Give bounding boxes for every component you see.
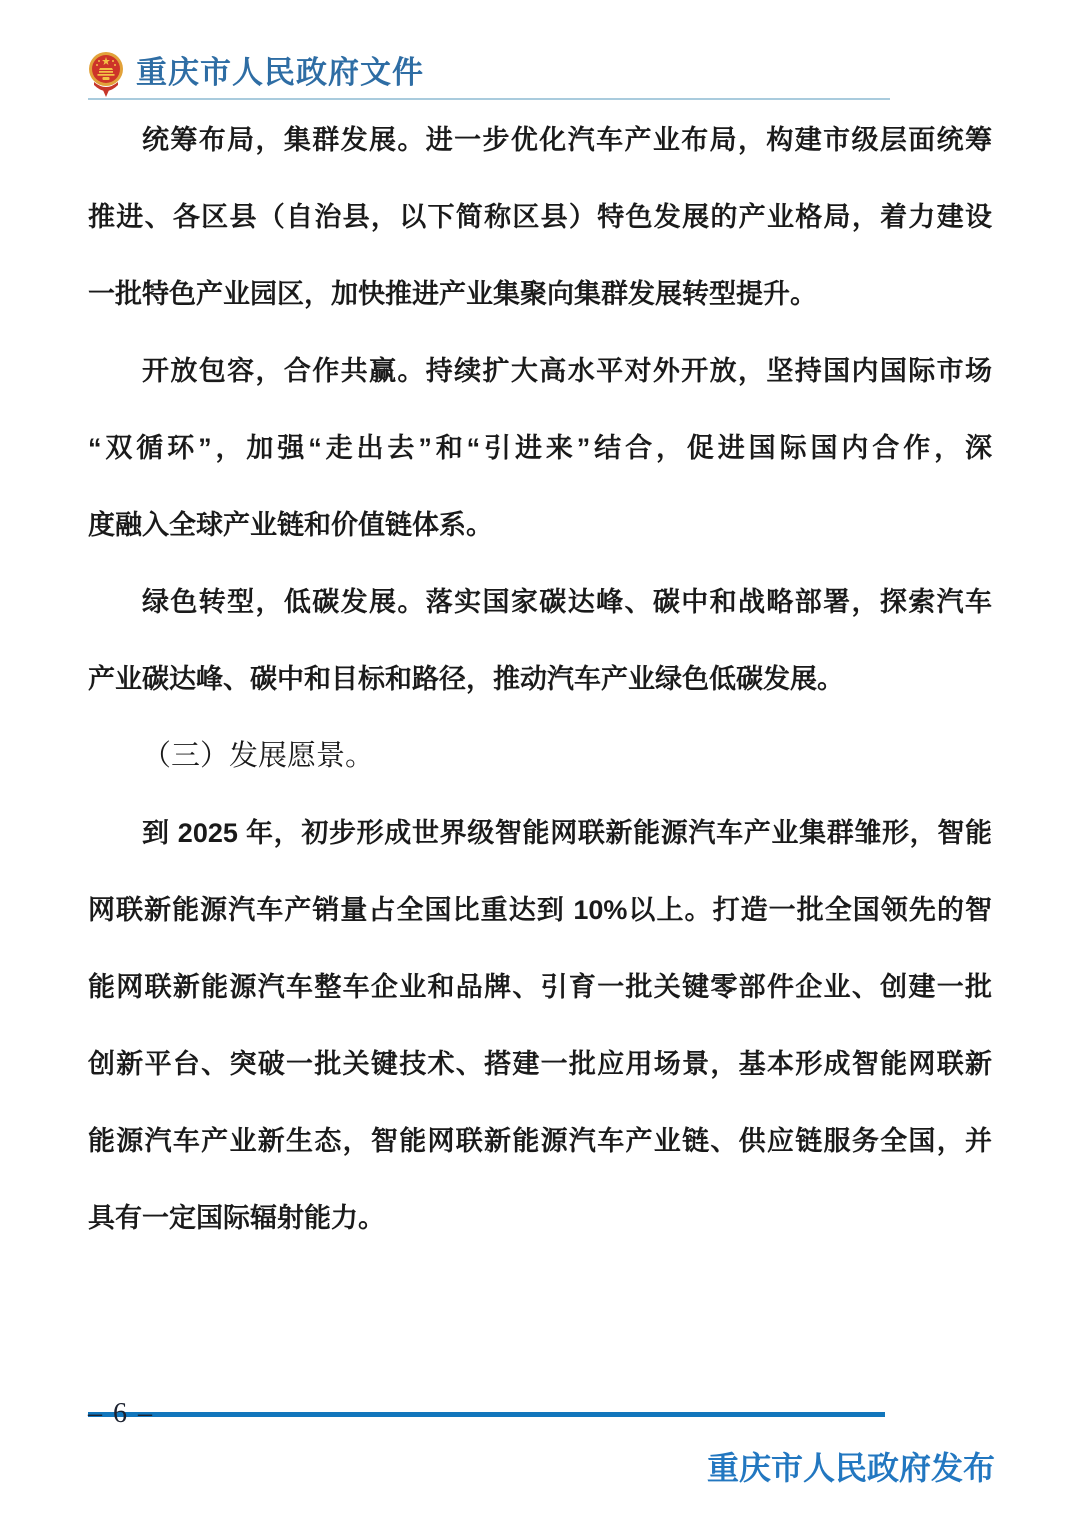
publisher-label: 重庆市人民政府发布 — [707, 1443, 995, 1489]
document-letterhead-title: 重庆市人民政府文件 — [136, 50, 424, 96]
body-line: 度融入全球产业链和价值链体系。 — [88, 487, 992, 564]
body-line: 创新平台、突破一批关键技术、搭建一批应用场景，基本形成智能网联新 — [88, 1026, 992, 1103]
body-line: （三）发展愿景。 — [88, 718, 992, 795]
body-line: “双循环”，加强“走出去”和“引进来”结合，促进国际国内合作，深 — [88, 410, 992, 487]
footer-divider-line — [88, 1412, 885, 1417]
document-header: 重庆市人民政府文件 — [88, 50, 890, 100]
body-line: 具有一定国际辐射能力。 — [88, 1180, 992, 1257]
body-line: 绿色转型，低碳发展。落实国家碳达峰、碳中和战略部署，探索汽车 — [88, 564, 992, 641]
page-number: – 6 – — [88, 1399, 154, 1429]
document-body: 统筹布局，集群发展。进一步优化汽车产业布局，构建市级层面统筹推进、各区县（自治县… — [88, 102, 992, 1257]
body-line: 开放包容，合作共赢。持续扩大高水平对外开放，坚持国内国际市场 — [88, 333, 992, 410]
body-line: 产业碳达峰、碳中和目标和路径，推动汽车产业绿色低碳发展。 — [88, 641, 992, 718]
body-line: 能网联新能源汽车整车企业和品牌、引育一批关键零部件企业、创建一批 — [88, 949, 992, 1026]
document-page: 重庆市人民政府文件 统筹布局，集群发展。进一步优化汽车产业布局，构建市级层面统筹… — [0, 0, 1080, 1527]
body-line: 统筹布局，集群发展。进一步优化汽车产业布局，构建市级层面统筹 — [88, 102, 992, 179]
body-line: 推进、各区县（自治县，以下简称区县）特色发展的产业格局，着力建设 — [88, 179, 992, 256]
national-emblem-icon — [88, 51, 124, 97]
body-line: 一批特色产业园区，加快推进产业集聚向集群发展转型提升。 — [88, 256, 992, 333]
body-line: 到 2025 年，初步形成世界级智能网联新能源汽车产业集群雏形，智能 — [88, 795, 992, 872]
body-line: 能源汽车产业新生态，智能网联新能源汽车产业链、供应链服务全国，并 — [88, 1103, 992, 1180]
body-line: 网联新能源汽车产销量占全国比重达到 10%以上。打造一批全国领先的智 — [88, 872, 992, 949]
